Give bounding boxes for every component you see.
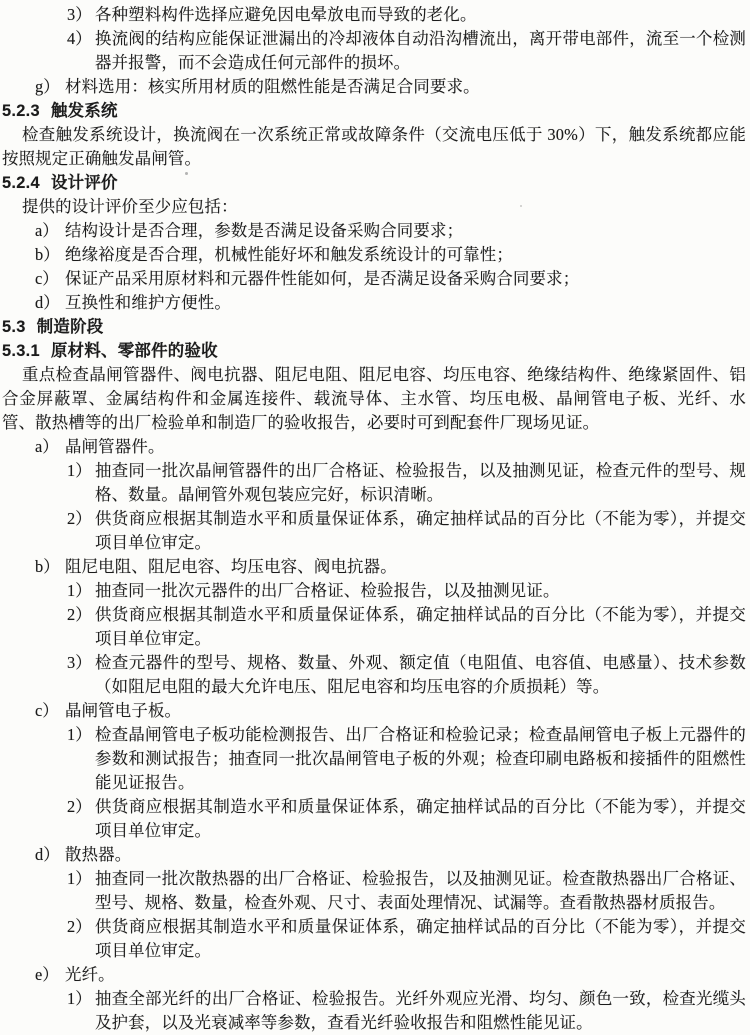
section-heading: 5.2.4 设计评价 [2, 171, 746, 195]
item-text: 供货商应根据其制造水平和质量保证体系，确定抽样试品的百分比（不能为零），并提交项… [95, 507, 746, 555]
item-text: 抽查同一批次元器件的出厂合格证、检验报告，以及抽测见证。 [95, 579, 746, 603]
section-title: 触发系统 [51, 99, 118, 123]
item-text: 散热器。 [65, 843, 746, 867]
section-title: 原材料、零部件的验收 [51, 339, 218, 363]
scan-speck [185, 172, 188, 175]
item-marker: 3） [67, 3, 95, 27]
item-text: 供货商应根据其制造水平和质量保证体系，确定抽样试品的百分比（不能为零），并提交项… [95, 915, 746, 963]
section-number: 5.3.1 [2, 339, 40, 363]
paragraph: 提供的设计评价至少应包括： [2, 195, 746, 219]
section-number: 5.3 [2, 315, 26, 339]
item-marker: g） [35, 75, 65, 99]
item-marker: c） [35, 267, 65, 291]
letter-item: a） 晶闸管器件。 [2, 435, 746, 459]
letter-item: d） 散热器。 [2, 843, 746, 867]
letter-item: b） 绝缘裕度是否合理，机械性能好坏和触发系统设计的可靠性； [2, 243, 746, 267]
paragraph: 检查触发系统设计，换流阀在一次系统正常或故障条件（交流电压低于 30%）下，触发… [2, 123, 746, 171]
section-heading: 5.3.1 原材料、零部件的验收 [2, 339, 746, 363]
letter-item: c） 保证产品采用原材料和元器件性能如何，是否满足设备采购合同要求； [2, 267, 746, 291]
item-text: 结构设计是否合理，参数是否满足设备采购合同要求； [65, 219, 746, 243]
item-marker: b） [35, 555, 65, 579]
item-text: 晶闸管电子板。 [65, 699, 746, 723]
letter-item: a） 结构设计是否合理，参数是否满足设备采购合同要求； [2, 219, 746, 243]
item-marker: 2） [67, 915, 95, 963]
numbered-item: 2） 供货商应根据其制造水平和质量保证体系，确定抽样试品的百分比（不能为零），并… [2, 915, 746, 963]
item-text: 互换性和维护方便性。 [65, 291, 746, 315]
numbered-item: 1） 抽查同一批次元器件的出厂合格证、检验报告，以及抽测见证。 [2, 579, 746, 603]
item-marker: 1） [67, 867, 95, 915]
item-marker: 3） [67, 651, 95, 699]
letter-item: d） 互换性和维护方便性。 [2, 291, 746, 315]
item-text: 阻尼电阻、阻尼电容、均压电容、阀电抗器。 [65, 555, 746, 579]
item-text: 换流阀的结构应能保证泄漏出的冷却液体自动沿沟槽流出，离开带电部件，流至一个检测器… [95, 27, 746, 75]
item-text: 抽查同一批次晶闸管器件的出厂合格证、检验报告，以及抽测见证，检查元件的型号、规格… [95, 459, 746, 507]
item-marker: 1） [67, 459, 95, 507]
section-number: 5.2.4 [2, 171, 40, 195]
item-marker: 1） [67, 723, 95, 795]
letter-item: g） 材料选用：核实所用材质的阻燃性能是否满足合同要求。 [2, 75, 746, 99]
numbered-item: 2） 供货商应根据其制造水平和质量保证体系，确定抽样试品的百分比（不能为零），并… [2, 603, 746, 651]
item-marker: 2） [67, 603, 95, 651]
item-text: 保证产品采用原材料和元器件性能如何，是否满足设备采购合同要求； [65, 267, 746, 291]
section-heading: 5.2.3 触发系统 [2, 99, 746, 123]
item-text: 绝缘裕度是否合理，机械性能好坏和触发系统设计的可靠性； [65, 243, 746, 267]
section-title: 设计评价 [51, 171, 118, 195]
numbered-item: 2） 供货商应根据其制造水平和质量保证体系，确定抽样试品的百分比（不能为零），并… [2, 507, 746, 555]
item-marker: 2） [67, 795, 95, 843]
section-title: 制造阶段 [37, 315, 104, 339]
numbered-item: 3） 检查元器件的型号、规格、数量、外观、额定值（电阻值、电容值、电感量）、技术… [2, 651, 746, 699]
item-text: 检查元器件的型号、规格、数量、外观、额定值（电阻值、电容值、电感量）、技术参数（… [95, 651, 746, 699]
numbered-item: 4） 换流阀的结构应能保证泄漏出的冷却液体自动沿沟槽流出，离开带电部件，流至一个… [2, 27, 746, 75]
numbered-item: 3） 各种塑料构件选择应避免因电晕放电而导致的老化。 [2, 3, 746, 27]
item-marker: b） [35, 243, 65, 267]
letter-item: e） 光纤。 [2, 963, 746, 987]
letter-item: b） 阻尼电阻、阻尼电容、均压电容、阀电抗器。 [2, 555, 746, 579]
paragraph: 重点检查晶闸管器件、阀电抗器、阻尼电阻、阻尼电容、均压电容、绝缘结构件、绝缘紧固… [2, 363, 746, 435]
item-marker: 2） [67, 507, 95, 555]
scan-speck [239, 67, 242, 71]
numbered-item: 2） 供货商应根据其制造水平和质量保证体系，确定抽样试品的百分比（不能为零），并… [2, 795, 746, 843]
numbered-item: 1） 抽查同一批次晶闸管器件的出厂合格证、检验报告，以及抽测见证，检查元件的型号… [2, 459, 746, 507]
item-marker: 1） [67, 987, 95, 1035]
item-text: 光纤。 [65, 963, 746, 987]
section-number: 5.2.3 [2, 99, 40, 123]
item-text: 材料选用：核实所用材质的阻燃性能是否满足合同要求。 [65, 75, 746, 99]
letter-item: c） 晶闸管电子板。 [2, 699, 746, 723]
item-text: 抽查同一批次散热器的出厂合格证、检验报告，以及抽测见证。检查散热器出厂合格证、型… [95, 867, 746, 915]
item-text: 检查晶闸管电子板功能检测报告、出厂合格证和检验记录；检查晶闸管电子板上元器件的参… [95, 723, 746, 795]
item-text: 供货商应根据其制造水平和质量保证体系，确定抽样试品的百分比（不能为零），并提交项… [95, 795, 746, 843]
item-marker: a） [35, 435, 65, 459]
item-text: 晶闸管器件。 [65, 435, 746, 459]
section-heading: 5.3 制造阶段 [2, 315, 746, 339]
item-marker: d） [35, 843, 65, 867]
item-marker: e） [35, 963, 65, 987]
item-text: 供货商应根据其制造水平和质量保证体系，确定抽样试品的百分比（不能为零），并提交项… [95, 603, 746, 651]
item-marker: 4） [67, 27, 95, 75]
numbered-item: 1） 检查晶闸管电子板功能检测报告、出厂合格证和检验记录；检查晶闸管电子板上元器… [2, 723, 746, 795]
item-marker: a） [35, 219, 65, 243]
numbered-item: 1） 抽查全部光纤的出厂合格证、检验报告。光纤外观应光滑、均匀、颜色一致，检查光… [2, 987, 746, 1035]
document-page: 3） 各种塑料构件选择应避免因电晕放电而导致的老化。 4） 换流阀的结构应能保证… [0, 0, 750, 1035]
item-marker: d） [35, 291, 65, 315]
item-marker: 1） [67, 579, 95, 603]
item-text: 抽查全部光纤的出厂合格证、检验报告。光纤外观应光滑、均匀、颜色一致，检查光缆头及… [95, 987, 746, 1035]
item-marker: c） [35, 699, 65, 723]
scan-speck [520, 205, 522, 207]
item-text: 各种塑料构件选择应避免因电晕放电而导致的老化。 [95, 3, 746, 27]
numbered-item: 1） 抽查同一批次散热器的出厂合格证、检验报告，以及抽测见证。检查散热器出厂合格… [2, 867, 746, 915]
